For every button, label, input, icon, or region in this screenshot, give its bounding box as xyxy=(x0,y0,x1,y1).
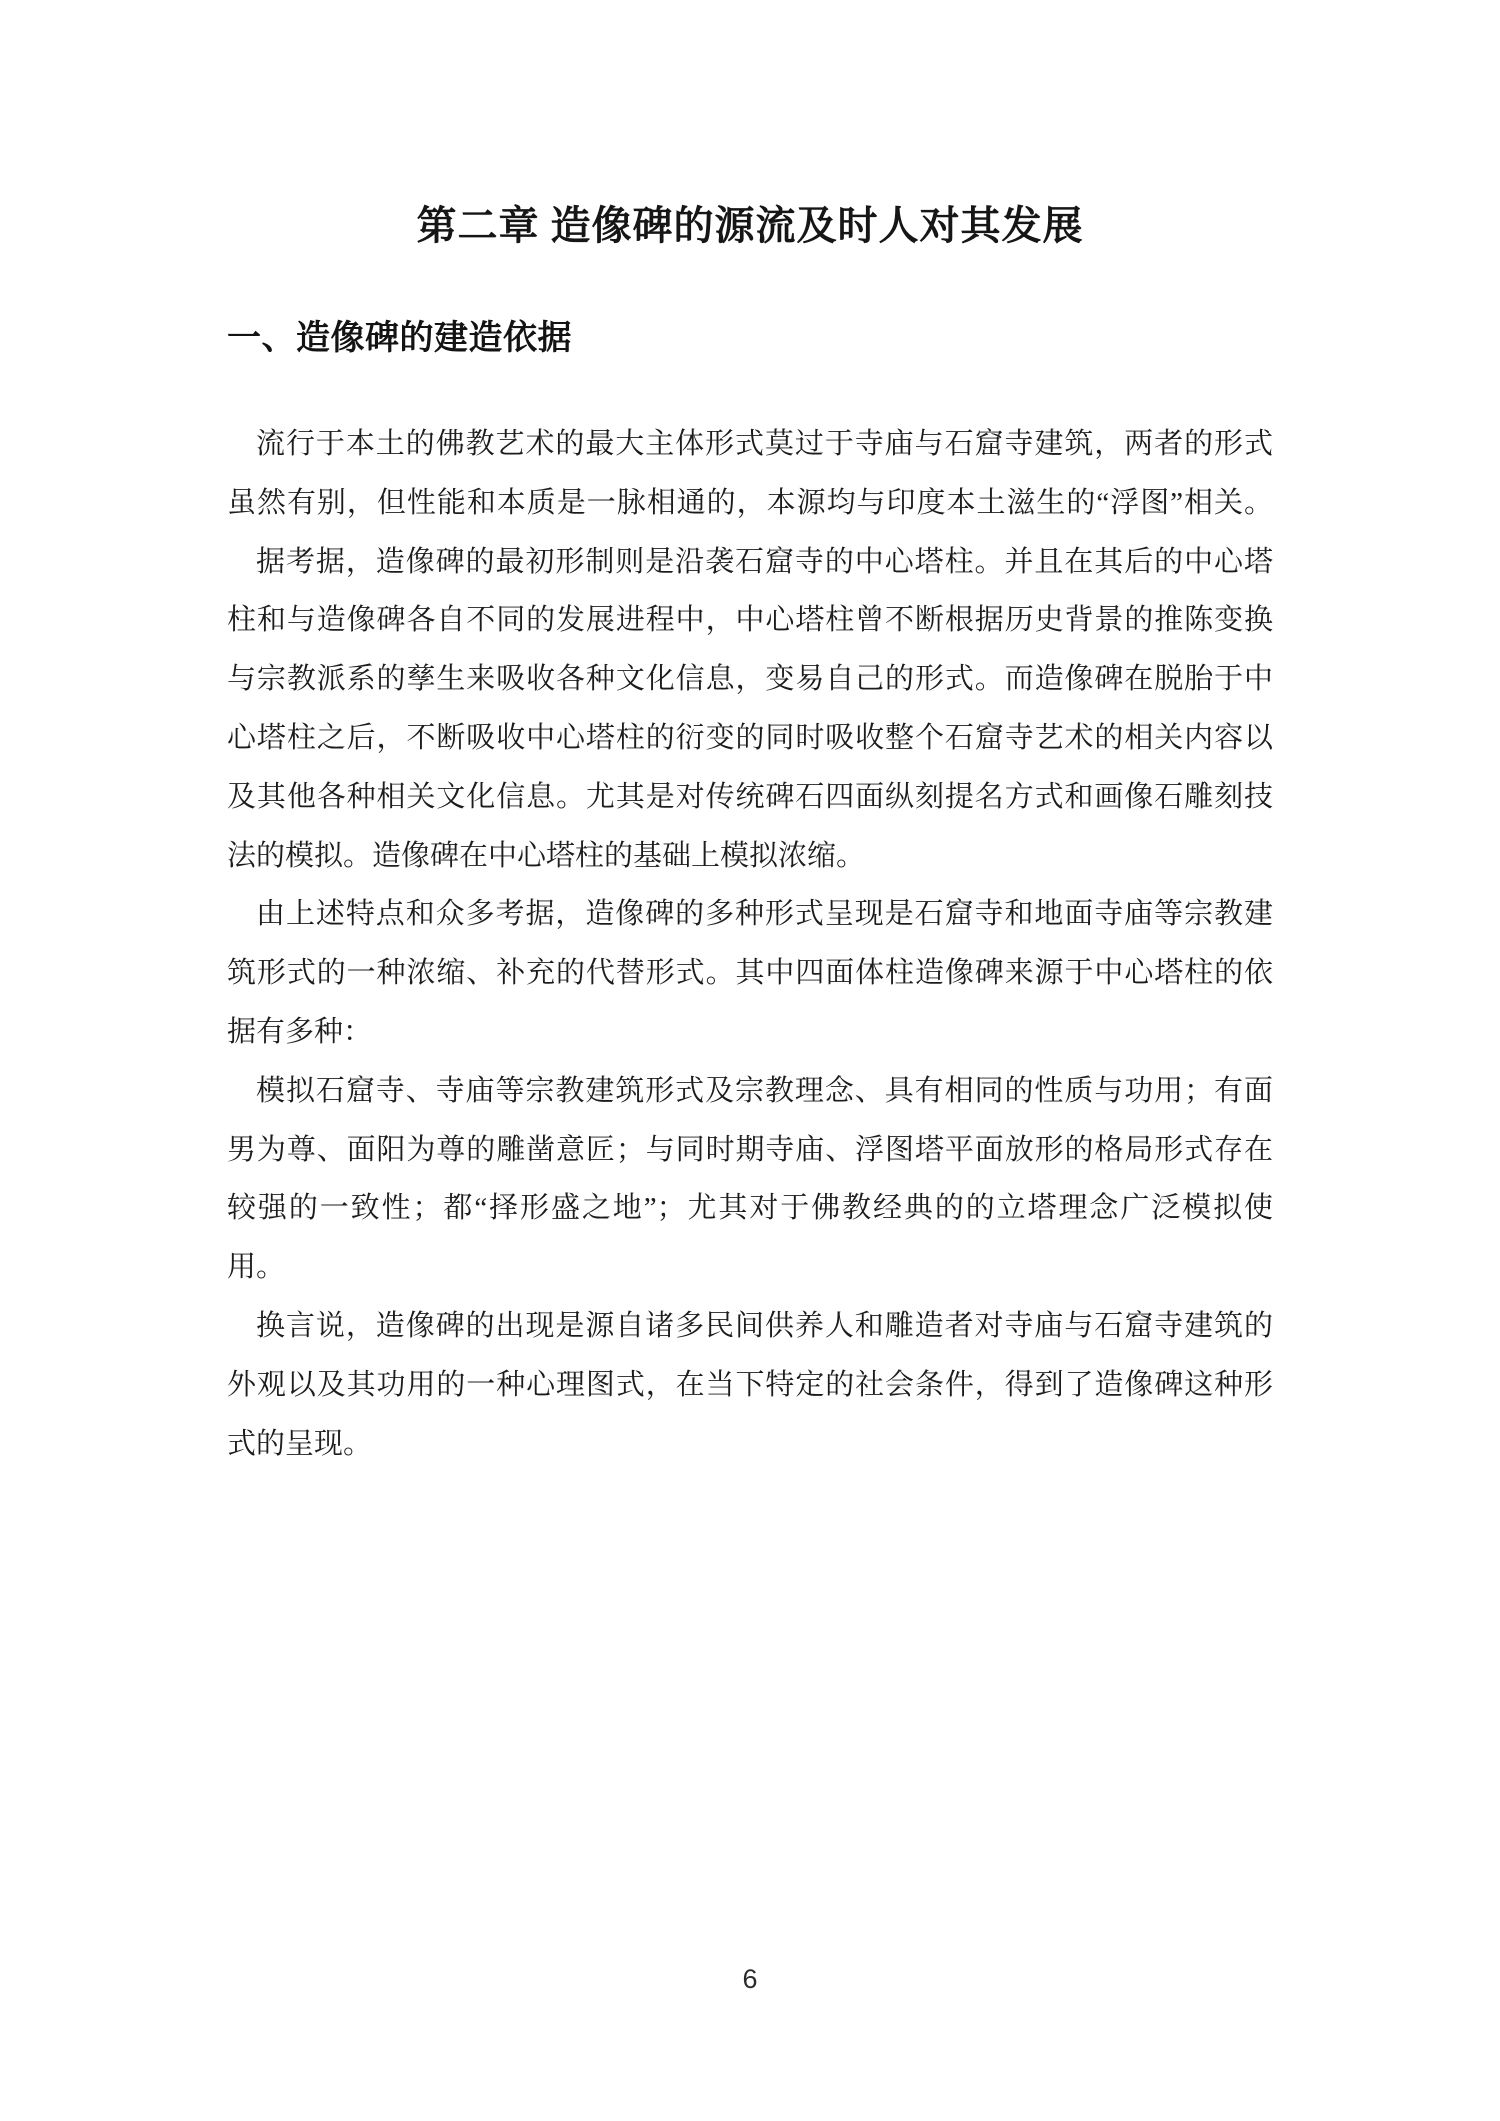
text-line: 模拟石窟寺、寺庙等宗教建筑形式及宗教理念、具有相同的性质与功用；有面 xyxy=(227,1062,1273,1121)
text-line: 男为尊、面阳为尊的雕凿意匠；与同时期寺庙、浮图塔平面放形的格局形式存在 xyxy=(227,1121,1273,1180)
paragraph: 由上述特点和众多考据，造像碑的多种形式呈现是石窟寺和地面寺庙等宗教建筑形式的一种… xyxy=(227,885,1273,1061)
paragraph: 据考据，造像碑的最初形制则是沿袭石窟寺的中心塔柱。并且在其后的中心塔柱和与造像碑… xyxy=(227,533,1273,886)
text-line: 及其他各种相关文化信息。尤其是对传统碑石四面纵刻提名方式和画像石雕刻技 xyxy=(227,768,1273,827)
text-line: 筑形式的一种浓缩、补充的代替形式。其中四面体柱造像碑来源于中心塔柱的依 xyxy=(227,944,1273,1003)
text-line: 心塔柱之后，不断吸收中心塔柱的衍变的同时吸收整个石窟寺艺术的相关内容以 xyxy=(227,709,1273,768)
text-line: 用。 xyxy=(227,1238,1273,1297)
text-line: 柱和与造像碑各自不同的发展进程中，中心塔柱曾不断根据历史背景的推陈变换 xyxy=(227,591,1273,650)
text-line: 外观以及其功用的一种心理图式，在当下特定的社会条件，得到了造像碑这种形 xyxy=(227,1356,1273,1415)
text-line: 据有多种： xyxy=(227,1003,1273,1062)
text-line: 据考据，造像碑的最初形制则是沿袭石窟寺的中心塔柱。并且在其后的中心塔 xyxy=(227,533,1273,592)
text-line: 流行于本土的佛教艺术的最大主体形式莫过于寺庙与石窟寺建筑，两者的形式 xyxy=(227,415,1273,474)
page-number: 6 xyxy=(0,1964,1500,1995)
text-line: 较强的一致性；都“择形盛之地”；尤其对于佛教经典的的立塔理念广泛模拟使 xyxy=(227,1179,1273,1238)
text-line: 与宗教派系的孳生来吸收各种文化信息，变易自己的形式。而造像碑在脱胎于中 xyxy=(227,650,1273,709)
paragraph: 模拟石窟寺、寺庙等宗教建筑形式及宗教理念、具有相同的性质与功用；有面男为尊、面阳… xyxy=(227,1062,1273,1297)
text-line: 法的模拟。造像碑在中心塔柱的基础上模拟浓缩。 xyxy=(227,827,1273,886)
paragraph: 换言说，造像碑的出现是源自诸多民间供养人和雕造者对寺庙与石窟寺建筑的外观以及其功… xyxy=(227,1297,1273,1473)
body-text: 流行于本土的佛教艺术的最大主体形式莫过于寺庙与石窟寺建筑，两者的形式虽然有别，但… xyxy=(227,415,1273,1473)
paragraph: 流行于本土的佛教艺术的最大主体形式莫过于寺庙与石窟寺建筑，两者的形式虽然有别，但… xyxy=(227,415,1273,533)
text-line: 换言说，造像碑的出现是源自诸多民间供养人和雕造者对寺庙与石窟寺建筑的 xyxy=(227,1297,1273,1356)
document-page: 第二章 造像碑的源流及时人对其发展 一、造像碑的建造依据 流行于本土的佛教艺术的… xyxy=(0,0,1500,2121)
section-heading: 一、造像碑的建造依据 xyxy=(227,310,572,359)
text-line: 虽然有别，但性能和本质是一脉相通的，本源均与印度本土滋生的“浮图”相关。 xyxy=(227,474,1273,533)
text-line: 式的呈现。 xyxy=(227,1415,1273,1474)
chapter-title: 第二章 造像碑的源流及时人对其发展 xyxy=(0,194,1500,251)
text-line: 由上述特点和众多考据，造像碑的多种形式呈现是石窟寺和地面寺庙等宗教建 xyxy=(227,885,1273,944)
